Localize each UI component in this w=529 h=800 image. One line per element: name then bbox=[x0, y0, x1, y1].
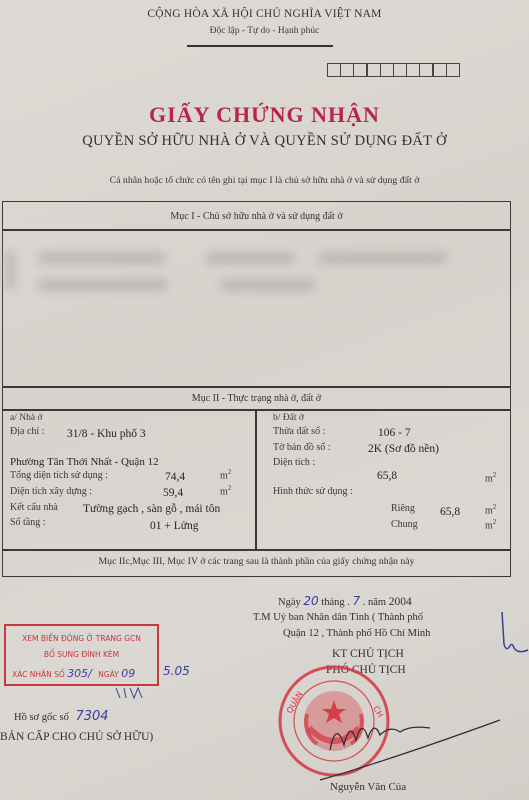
amendment-stamp: XEM BIẾN ĐỘNG Ở TRANG GCN BỔ SUNG ĐÍNH K… bbox=[4, 624, 159, 686]
shared-area-unit: m2 bbox=[485, 518, 496, 531]
signer-name: Nguyễn Văn Của bbox=[330, 781, 406, 793]
build-area-unit: m2 bbox=[220, 484, 231, 497]
divider bbox=[2, 409, 511, 411]
stamp-number: 305/ bbox=[67, 667, 92, 680]
land-area-value: 65,8 bbox=[377, 470, 397, 482]
role-line1: KT CHỦ TỊCH bbox=[332, 648, 404, 660]
divider bbox=[2, 386, 511, 388]
divider bbox=[2, 229, 511, 231]
section2-title: Mục II - Thực trạng nhà ở, đất ở bbox=[2, 393, 511, 404]
intro-text: Cá nhân hoặc tổ chức có tên ghi tại mục … bbox=[0, 175, 529, 186]
copy-note: BẢN CẤP CHO CHỦ SỞ HỮU) bbox=[0, 731, 153, 743]
map-value: 2K (Sơ đồ nền) bbox=[368, 443, 439, 455]
map-label: Tờ bản đồ số : bbox=[273, 442, 331, 453]
motto: Độc lập - Tự do - Hạnh phúc bbox=[0, 26, 529, 36]
address-line1: 31/8 - Khu phố 3 bbox=[67, 428, 146, 440]
stamp-line1: XEM BIẾN ĐỘNG Ở TRANG GCN bbox=[6, 634, 157, 643]
record-number: Hồ sơ gốc số 7304 bbox=[14, 709, 109, 724]
nation-heading: CỘNG HÒA XÃ HỘI CHỦ NGHĨA VIỆT NAM bbox=[0, 8, 529, 20]
land-area-label: Diện tích : bbox=[273, 457, 315, 468]
total-area-label: Tổng diện tích sử dụng : bbox=[10, 470, 108, 481]
floors-value: 01 + Lửng bbox=[150, 520, 199, 532]
stamp-date: 09 bbox=[121, 667, 135, 680]
private-area-unit: m2 bbox=[485, 503, 496, 516]
certificate-subtitle: QUYỀN SỞ HỮU NHÀ Ở VÀ QUYỀN SỬ DỤNG ĐẤT … bbox=[0, 133, 529, 150]
serial-box bbox=[446, 63, 461, 77]
issue-day: 20 bbox=[303, 594, 318, 608]
handwritten-mark bbox=[500, 610, 529, 660]
section1-title: Mục I - Chủ sở hữu nhà ở và sử dụng đất … bbox=[2, 211, 511, 222]
floors-label: Số tầng : bbox=[10, 517, 46, 528]
motto-underline bbox=[187, 45, 333, 47]
stamp-line3: XÁC NHẬN SỐ 305/ NGÀY 09 bbox=[12, 667, 163, 680]
column-divider bbox=[255, 409, 257, 550]
structure-value: Tường gạch , sàn gỗ , mái tôn bbox=[83, 503, 220, 515]
structure-label: Kết cấu nhà bbox=[10, 502, 58, 513]
record-number-value: 7304 bbox=[75, 709, 108, 724]
plot-label: Thửa đất số : bbox=[273, 426, 325, 437]
stamp-line2: BỔ SUNG ĐÍNH KÈM bbox=[6, 650, 157, 659]
authority-line2: Quận 12 , Thành phố Hồ Chí Minh bbox=[283, 628, 430, 639]
issue-year: 2004 bbox=[389, 596, 412, 608]
private-label: Riêng bbox=[391, 503, 415, 514]
footnote: Mục IIc,Mục III, Mục IV ở các trang sau … bbox=[2, 556, 511, 567]
issue-month: 7 bbox=[352, 594, 360, 608]
serial-number-boxes bbox=[328, 63, 460, 77]
house-heading: a/ Nhà ở bbox=[10, 413, 42, 423]
build-area-value: 59,4 bbox=[163, 487, 183, 499]
handwritten-initial bbox=[112, 686, 152, 700]
authority-line1: T.M Uỷ ban Nhân dân Tỉnh ( Thành phố bbox=[253, 612, 423, 623]
certificate-title: GIẤY CHỨNG NHẬN bbox=[0, 102, 529, 128]
shared-label: Chung bbox=[391, 519, 418, 530]
address-line2: Phường Tân Thới Nhất - Quận 12 bbox=[10, 456, 159, 468]
plot-value: 106 - 7 bbox=[378, 427, 411, 439]
issue-date: Ngày 20 tháng . 7 . năm 2004 bbox=[278, 594, 412, 608]
address-label: Địa chỉ : bbox=[10, 426, 44, 437]
total-area-unit: m2 bbox=[220, 468, 231, 481]
usage-label: Hình thức sử dụng : bbox=[273, 486, 353, 497]
build-area-label: Diện tích xây dựng : bbox=[10, 486, 92, 497]
divider bbox=[2, 549, 511, 551]
land-heading: b/ Đất ở bbox=[273, 413, 304, 423]
private-area-value: 65,8 bbox=[440, 506, 460, 518]
land-area-unit: m2 bbox=[485, 471, 496, 484]
total-area-value: 74,4 bbox=[165, 471, 185, 483]
stamp-date-rest: 5.05 bbox=[163, 664, 190, 678]
